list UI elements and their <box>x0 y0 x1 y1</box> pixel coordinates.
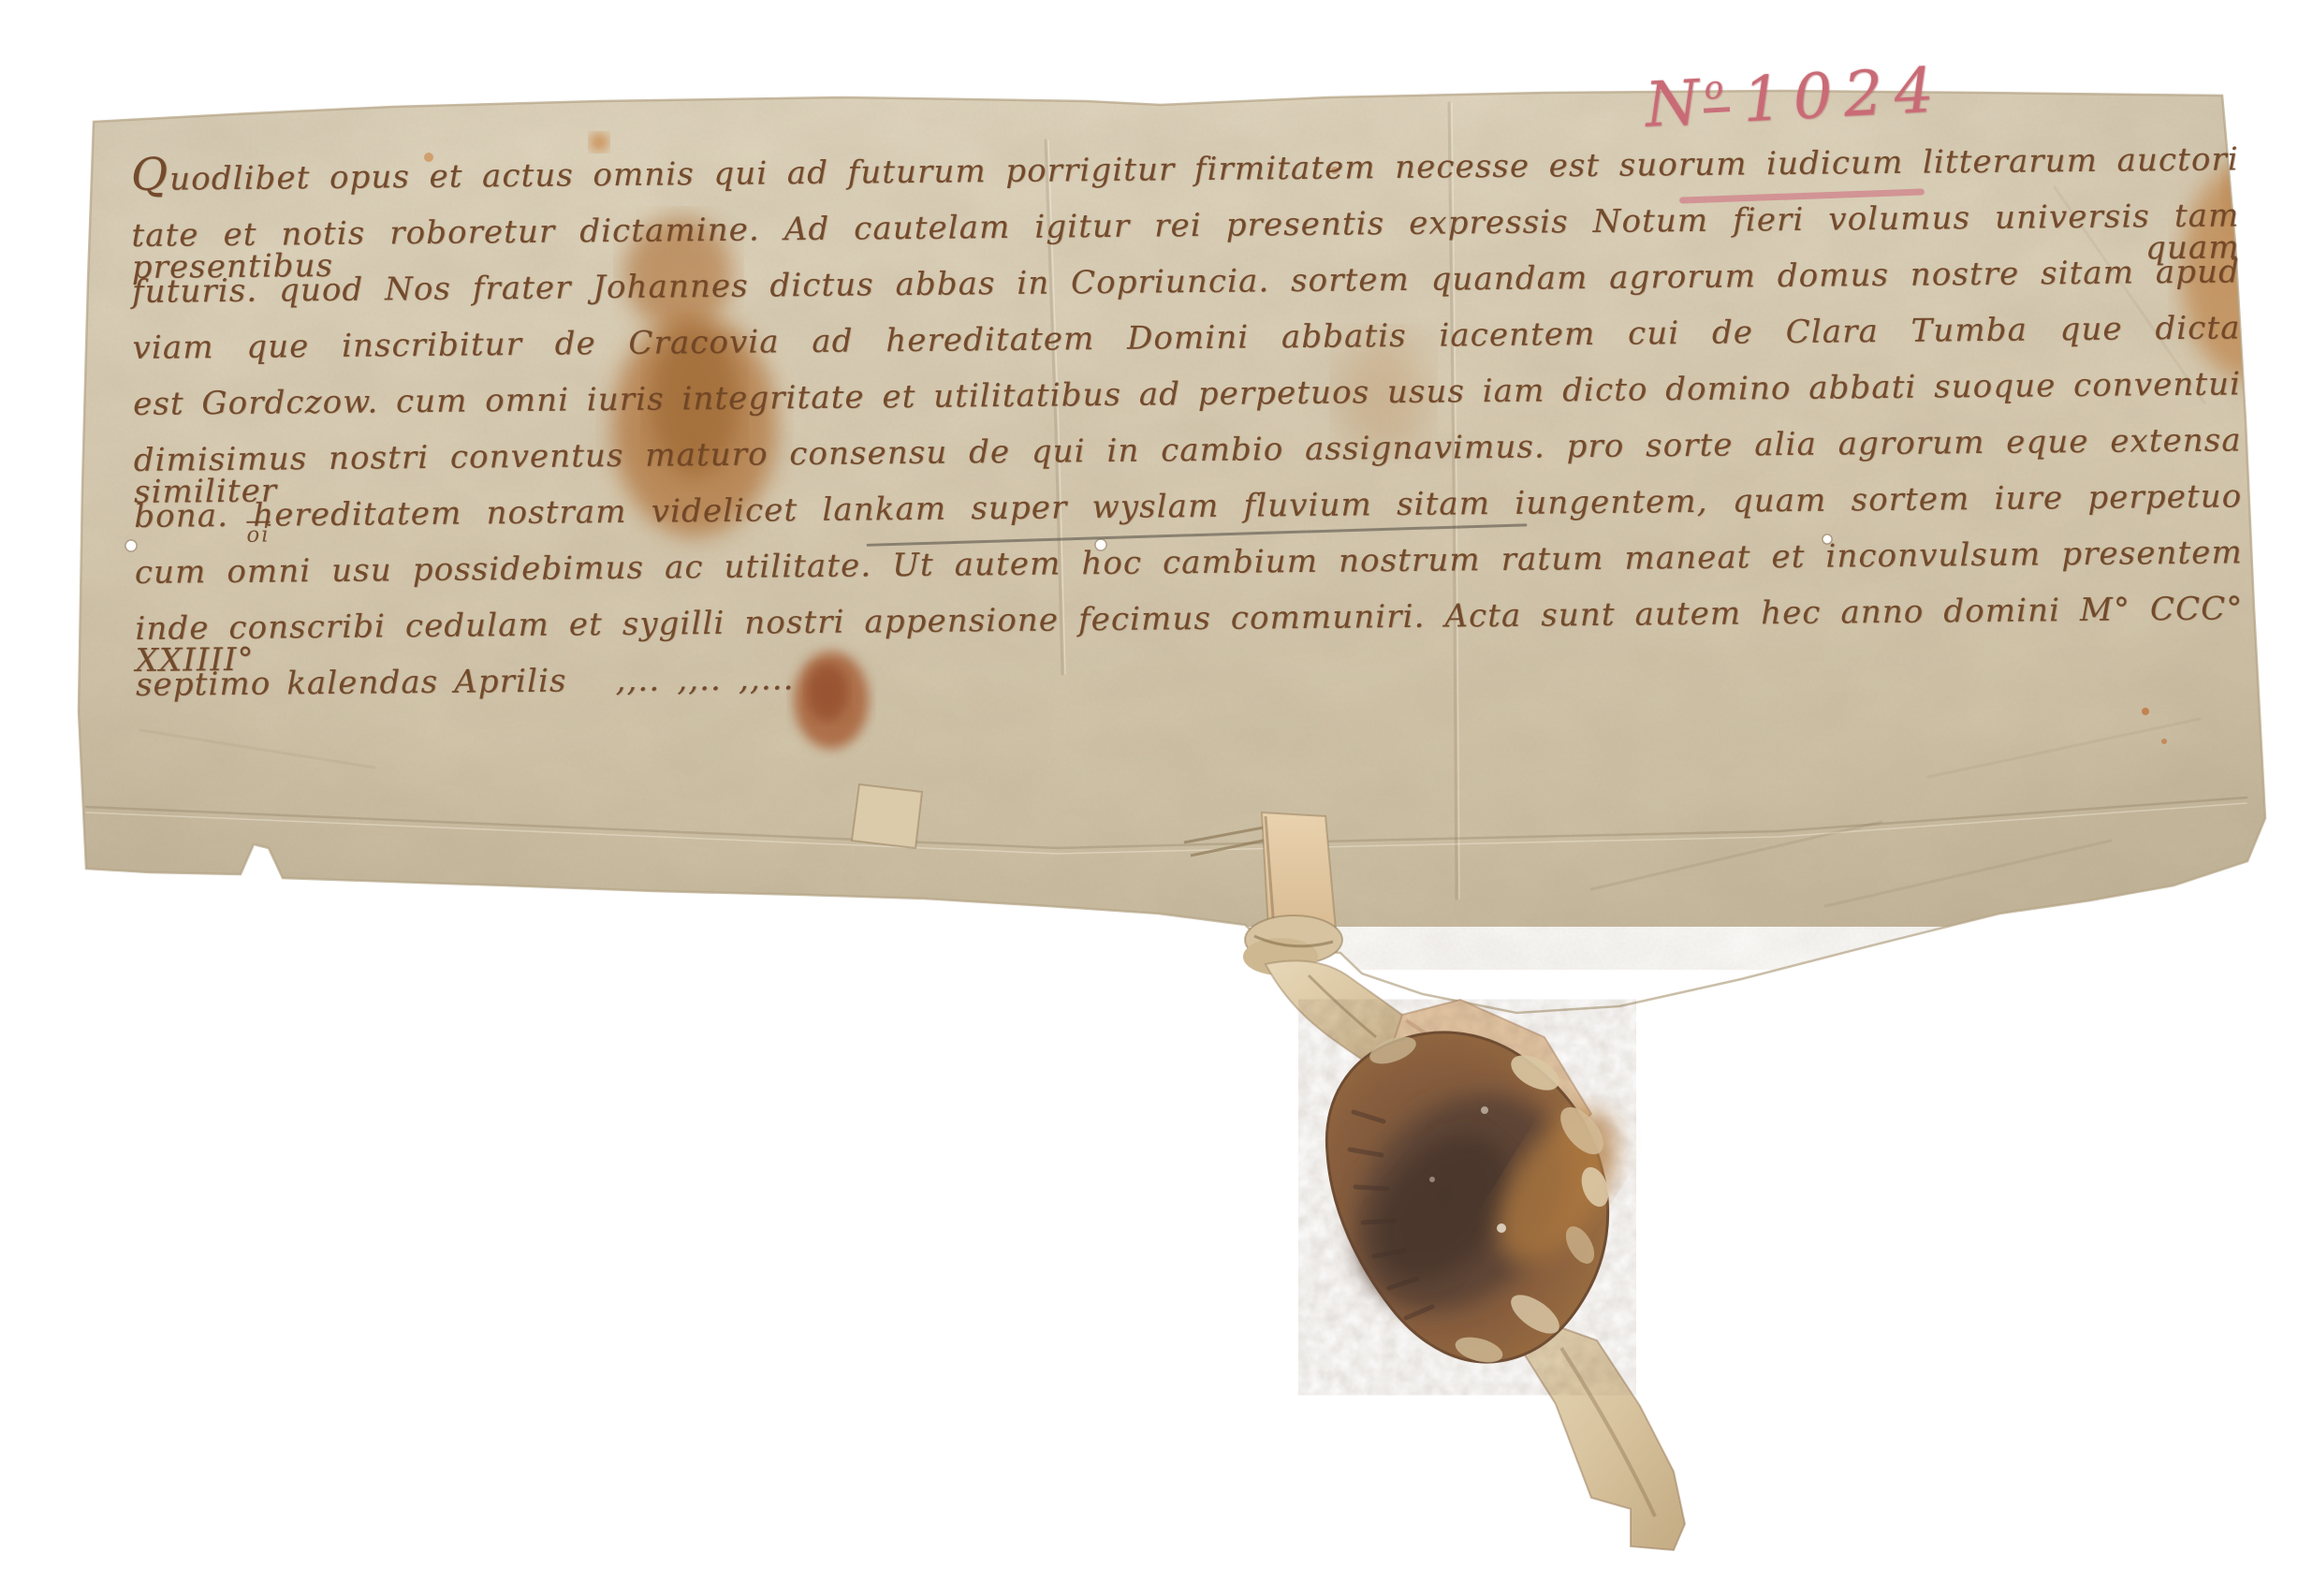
text-line-4: viam que inscribitur de Cracovia ad here… <box>132 312 2240 364</box>
charter-photo: Quodlibet opus et actus omnis qui ad fut… <box>0 0 2313 1596</box>
text-line-5: est Gordczow. cum omni iuris integritate… <box>133 368 2241 420</box>
pendant-wax-seal <box>1314 1032 1642 1367</box>
text-line-8: cum omni usu possidebimus ac utilitate. … <box>135 536 2243 589</box>
archive-number: No1024 <box>1644 59 1946 137</box>
archive-number-ordinal: o <box>1702 68 1731 112</box>
tag-tail <box>1515 1312 1685 1550</box>
archive-number-digits: 1024 <box>1741 53 1947 136</box>
interlinear-insertion: oi <box>246 523 270 548</box>
text-line-1-body: uodlibet opus et actus omnis qui ad futu… <box>169 140 2239 198</box>
archive-number-prefix: N <box>1644 66 1705 141</box>
initial-letter: Q <box>131 149 170 201</box>
text-line-1: Quodlibet opus et actus omnis qui ad fut… <box>131 143 2239 196</box>
